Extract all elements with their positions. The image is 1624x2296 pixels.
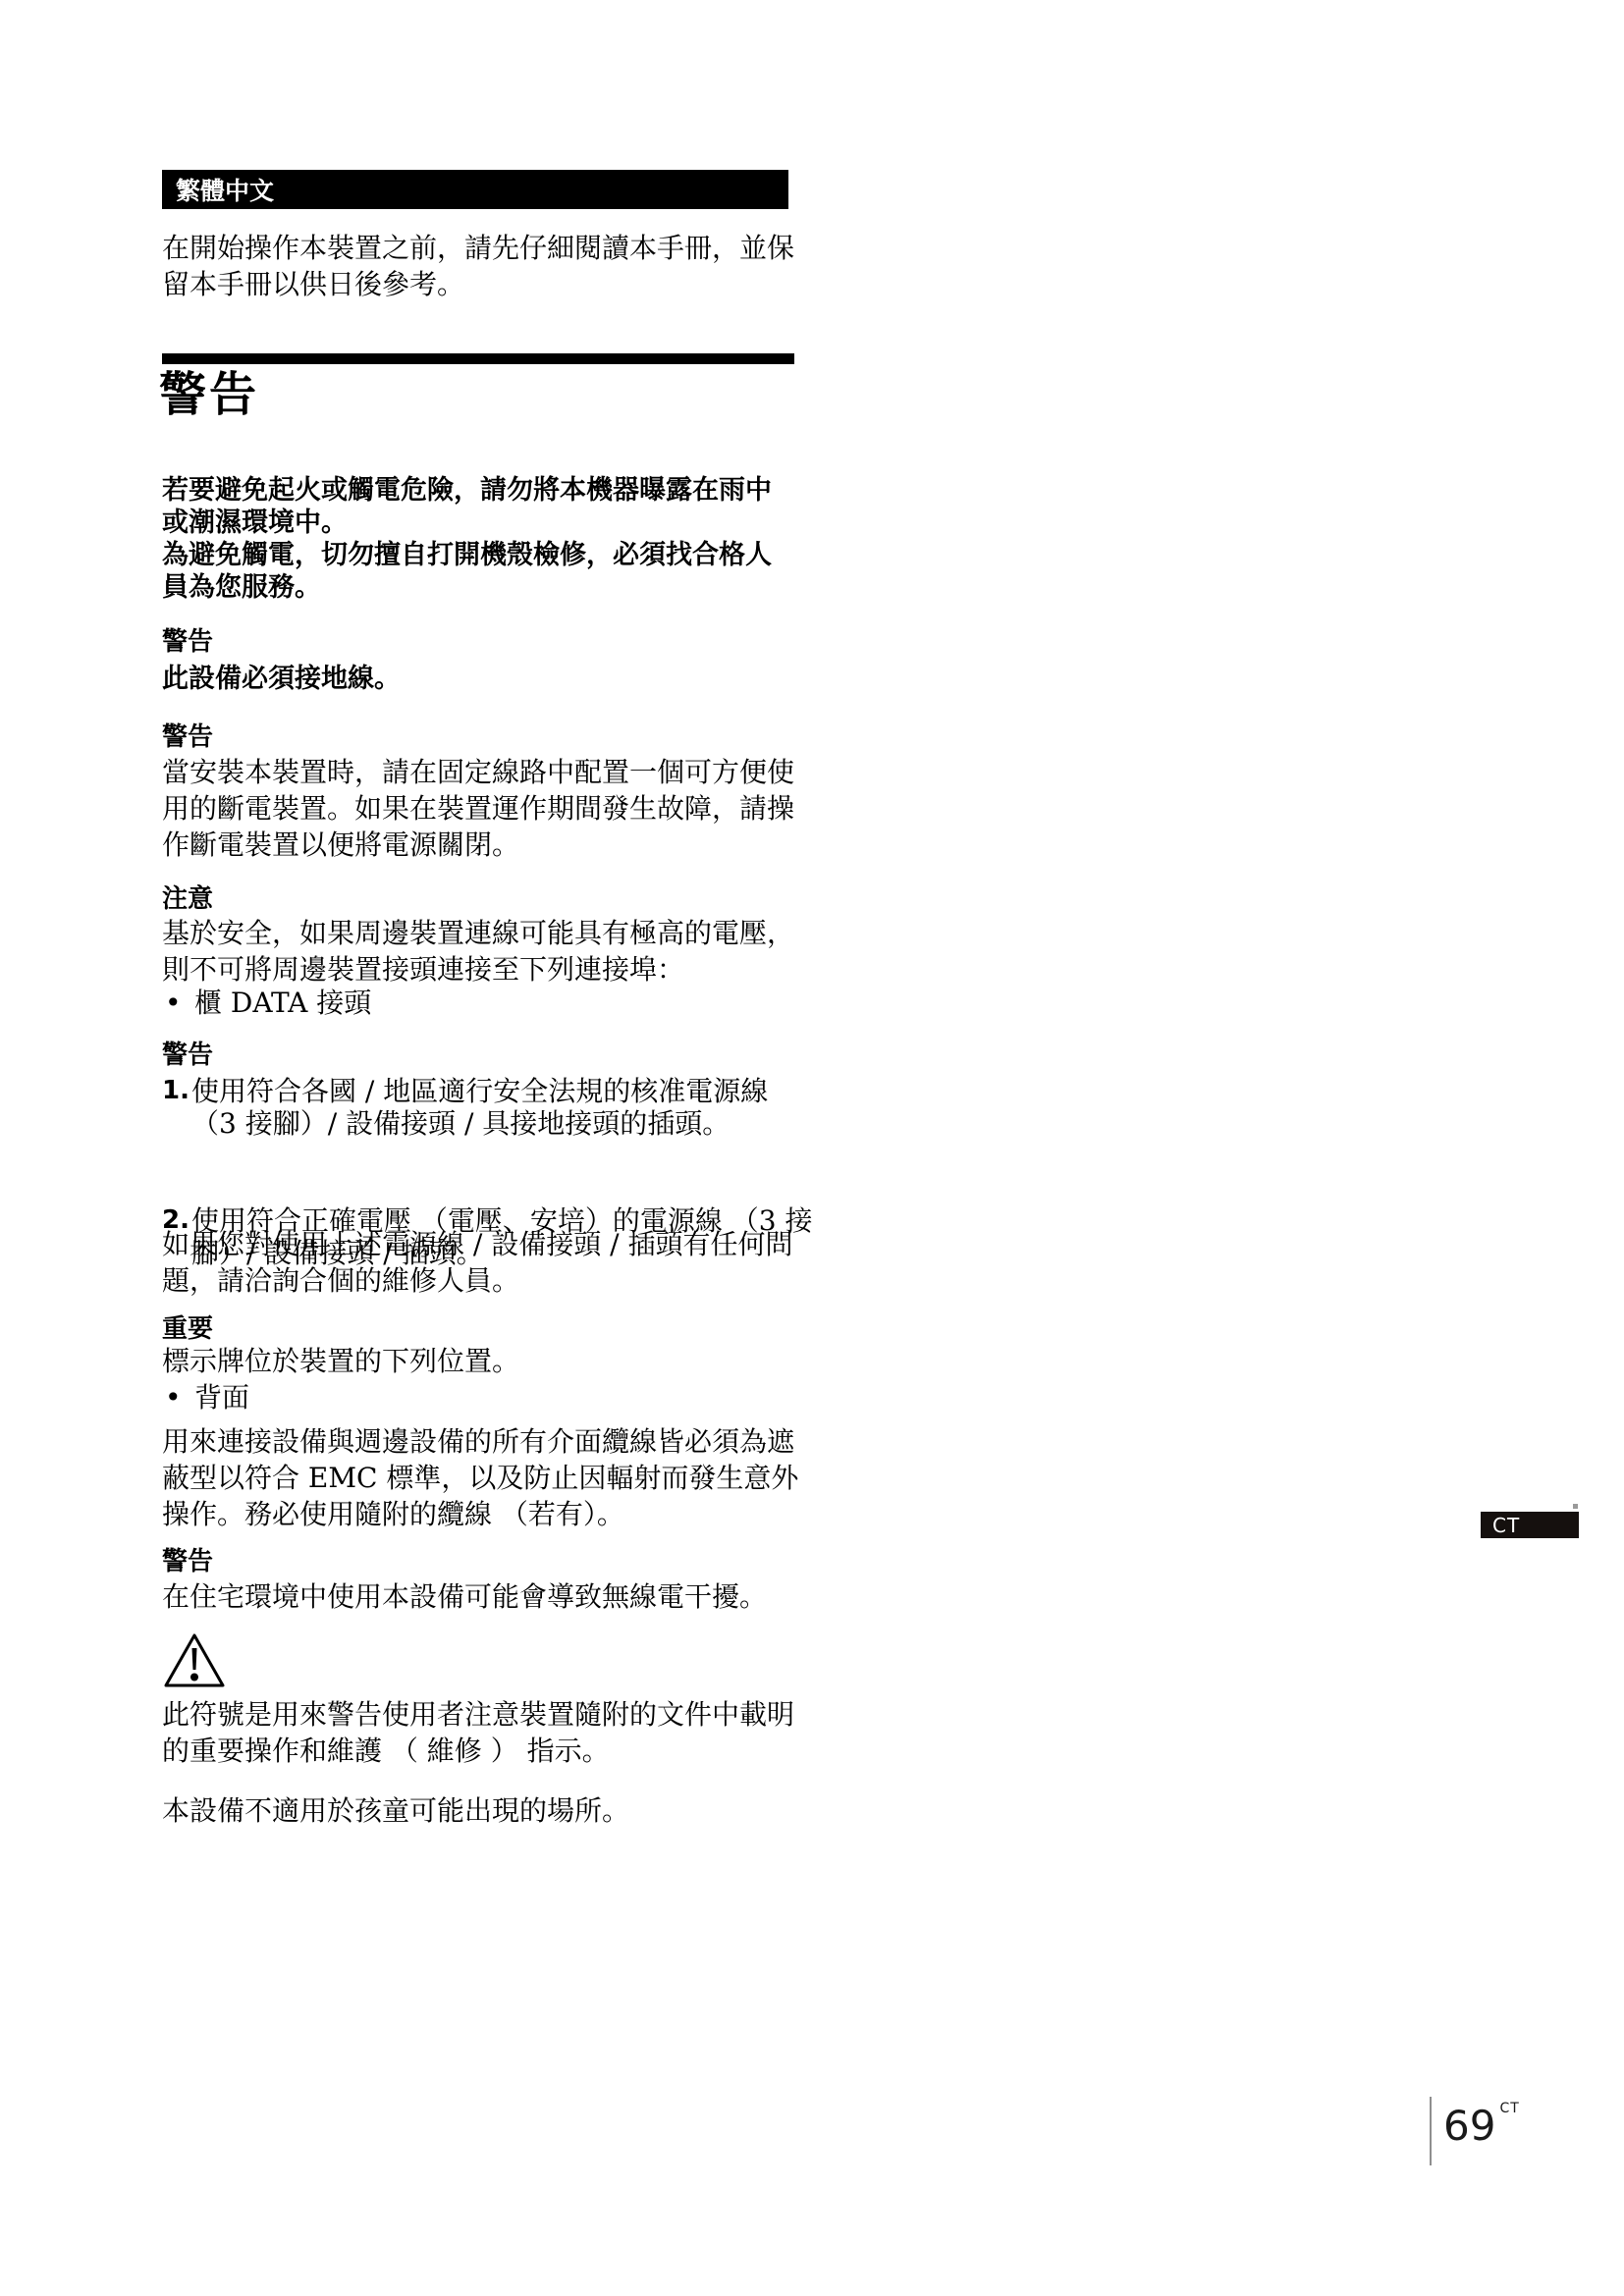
warning-line: 為避免觸電，切勿擅自打開機殼檢修，必須找合格人 xyxy=(162,539,772,571)
symbol-note-paragraph: 此符號是用來警告使用者注意裝置隨附的文件中載明 的重要操作和維護 （ 維修 ） … xyxy=(162,1696,794,1769)
grounding-heading: 警告 xyxy=(162,626,213,658)
important-bullet-text: 背面 xyxy=(194,1381,249,1414)
emc-line: 用來連接設備與週邊設備的所有介面纜線皆必須為遮 xyxy=(162,1423,798,1460)
power-cord-note: 如果您對使用上述電源線 / 設備接頭 / 插頭有任何問 題，請洽詢合個的維修人員… xyxy=(162,1226,792,1299)
page-number-value: 69 xyxy=(1443,2102,1495,2150)
radio-body: 在住宅環境中使用本設備可能會導致無線電干擾。 xyxy=(162,1578,767,1615)
page-number-suffix: CT xyxy=(1499,2101,1519,2116)
disconnect-line: 當安裝本裝置時，請在固定線路中配置一個可方便使 xyxy=(162,754,794,790)
warning-line: 或潮濕環境中。 xyxy=(162,507,772,539)
caution-heading: 注意 xyxy=(162,883,213,915)
page-title: 警告 xyxy=(159,365,259,424)
language-tab-bar: 繁體中文 xyxy=(162,170,788,209)
page-number: 69CT xyxy=(1443,2085,1520,2150)
footer-divider-line xyxy=(1430,2097,1432,2165)
list-item-line: 使用符合各國 / 地區適行安全法規的核准電源線 xyxy=(191,1075,1624,1107)
caution-bullet-item: •櫃 DATA 接頭 xyxy=(165,985,371,1021)
intro-paragraph: 在開始操作本裝置之前，請先仔細閱讀本手冊，並保 留本手冊以供日後參考。 xyxy=(162,230,794,302)
caution-line: 則不可將周邊裝置接頭連接至下列連接埠： xyxy=(162,951,794,988)
grounding-body: 此設備必須接地線。 xyxy=(162,663,401,695)
symbol-note-line: 此符號是用來警告使用者注意裝置隨附的文件中載明 xyxy=(162,1696,794,1733)
caution-bullet-text: 櫃 DATA 接頭 xyxy=(194,987,371,1019)
intro-line: 在開始操作本裝置之前，請先仔細閱讀本手冊，並保 xyxy=(162,230,794,266)
disconnect-line: 用的斷電裝置。如果在裝置運作期間發生故障，請操 xyxy=(162,790,794,827)
bullet-icon: • xyxy=(165,1379,194,1415)
main-warning-paragraph: 若要避免起火或觸電危險，請勿將本機器曝露在雨中 或潮濕環境中。 為避免觸電，切勿… xyxy=(162,474,772,604)
section-divider xyxy=(162,353,794,364)
warning-line: 員為您服務。 xyxy=(162,571,772,604)
radio-heading: 警告 xyxy=(162,1546,213,1577)
tab-corner-mark xyxy=(1573,1504,1578,1509)
list-item-line: （3 接腳）/ 設備接頭 / 具接地接頭的插頭。 xyxy=(191,1107,1624,1140)
important-bullet-item: •背面 xyxy=(165,1379,249,1415)
warning-triangle-icon xyxy=(163,1632,226,1689)
power-cord-item-1: 1. 使用符合各國 / 地區適行安全法規的核准電源線 （3 接腳）/ 設備接頭 … xyxy=(162,1075,1624,1140)
list-number: 1. xyxy=(162,1075,189,1107)
disconnect-line: 作斷電裝置以便將電源關閉。 xyxy=(162,827,794,863)
side-tab-ct: CT xyxy=(1481,1512,1579,1538)
emc-line: 操作。務必使用隨附的纜線 （若有）。 xyxy=(162,1496,798,1532)
emc-paragraph: 用來連接設備與週邊設備的所有介面纜線皆必須為遮 蔽型以符合 EMC 標準，以及防… xyxy=(162,1423,798,1532)
emc-line: 蔽型以符合 EMC 標準，以及防止因輻射而發生意外 xyxy=(162,1460,798,1496)
important-line: 標示牌位於裝置的下列位置。 xyxy=(162,1343,519,1379)
important-heading: 重要 xyxy=(162,1313,213,1345)
caution-line: 基於安全，如果周邊裝置連線可能具有極高的電壓， xyxy=(162,915,794,951)
bullet-icon: • xyxy=(165,985,194,1021)
manual-page: 繁體中文 在開始操作本裝置之前，請先仔細閱讀本手冊，並保 留本手冊以供日後參考。… xyxy=(0,0,1624,2296)
note-line: 題，請洽詢合個的維修人員。 xyxy=(162,1262,792,1299)
caution-paragraph: 基於安全，如果周邊裝置連線可能具有極高的電壓， 則不可將周邊裝置接頭連接至下列連… xyxy=(162,915,794,988)
disconnect-paragraph: 當安裝本裝置時，請在固定線路中配置一個可方便使 用的斷電裝置。如果在裝置運作期間… xyxy=(162,754,794,863)
power-cord-heading: 警告 xyxy=(162,1040,213,1071)
symbol-note-line: 的重要操作和維護 （ 維修 ） 指示。 xyxy=(162,1733,794,1769)
disconnect-heading: 警告 xyxy=(162,721,213,753)
warning-line: 若要避免起火或觸電危險，請勿將本機器曝露在雨中 xyxy=(162,474,772,507)
side-tab-label: CT xyxy=(1492,1514,1520,1537)
language-tab-label: 繁體中文 xyxy=(176,172,274,207)
note-line: 如果您對使用上述電源線 / 設備接頭 / 插頭有任何問 xyxy=(162,1226,792,1262)
intro-line: 留本手冊以供日後參考。 xyxy=(162,266,794,302)
children-note: 本設備不適用於孩童可能出現的場所。 xyxy=(162,1792,629,1829)
